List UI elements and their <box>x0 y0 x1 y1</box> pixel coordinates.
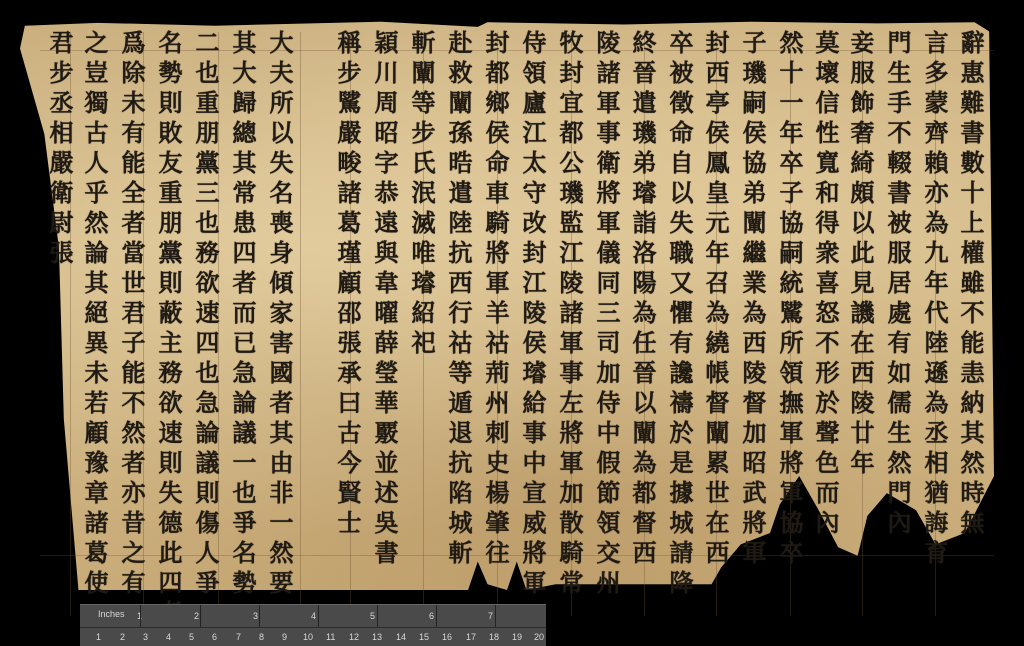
ruler-cm-tick-label: 19 <box>512 632 522 642</box>
text-column: 穎川周昭字恭遠與韋曜薛瑩華覈並述吳書 <box>367 30 401 570</box>
ruler-cm-tick-label: 15 <box>419 632 429 642</box>
text-column: 名勢則敗友重朋黨則蔽主務欲速則失德此四者 <box>151 30 185 630</box>
text-column: 然十一年卒子協嗣統騭所領撫軍將軍協卒 <box>772 30 806 570</box>
text-column: 莫壞信性寬和得衆喜怒不形於聲色而內 <box>808 30 842 540</box>
ruler-inch-tick-label: 4 <box>311 611 316 621</box>
text-column: 之豈獨古人乎然論其絕異未若顧豫章諸葛使 <box>77 30 111 600</box>
ruler-cm-tick-label: 1 <box>96 632 101 642</box>
text-column: 陵諸軍事衛將軍儀同三司加侍中假節領交州 <box>589 30 623 600</box>
text-column: 其大歸總其常患四者而已急論議一也爭名勢 <box>225 30 259 600</box>
text-column: 牧封宜都公璣監江陵諸軍事左將軍加散騎常 <box>552 30 586 600</box>
text-column: 君步丞相嚴衛尉張 <box>42 30 76 270</box>
text-column: 終晉遣璣弟璿詣洛陽為任晉以闡為都督西 <box>625 30 659 570</box>
ruler-inch-tick-label: 5 <box>370 611 375 621</box>
ruler-cm-tick-label: 18 <box>489 632 499 642</box>
ruler-cm-tick-label: 7 <box>236 632 241 642</box>
ruler-inch-tick-label: 3 <box>253 611 258 621</box>
text-column: 子璣嗣侯協弟闡繼業為西陵督加昭武將軍 <box>735 30 769 570</box>
ruler-cm-tick-label: 9 <box>282 632 287 642</box>
ruler-cm-tick-label: 10 <box>303 632 313 642</box>
ruler-cm-tick-label: 3 <box>143 632 148 642</box>
text-column: 爲除未有能全者當世君子能不然者亦昔之有 <box>114 30 148 600</box>
text-column: 侍領廬江太守改封江陵侯璿給事中宣威將軍 <box>515 30 549 600</box>
text-column: 稱步騭嚴畯諸葛瑾顧邵張承曰古今賢士 <box>330 30 364 540</box>
ruler-inch-tick-label: 2 <box>194 611 199 621</box>
ruler-cm-tick-label: 17 <box>466 632 476 642</box>
ruler-cm-tick-label: 16 <box>442 632 452 642</box>
text-column: 辭惠難書數十上權雖不能恚納其然時無 <box>953 30 987 540</box>
ruler-cm-tick-label: 12 <box>349 632 359 642</box>
ruler-inch-tick-label: 7 <box>488 611 493 621</box>
text-column: 二也重朋黨三也務欲速四也急論議則傷人爭 <box>188 30 222 600</box>
column-rule <box>300 32 301 616</box>
text-column: 卒被徵命自以失職又懼有讒禱於是據城請降 <box>662 30 696 600</box>
text-column: 赴救闡孫晧遣陸抗西行祜等遁退抗陷城斬 <box>441 30 475 570</box>
ruler-cm-tick-label: 11 <box>326 632 335 642</box>
text-column: 妾服飾奢綺頗以此見譏在西陵廿年 <box>843 30 877 480</box>
ruler-cm-tick-label: 6 <box>212 632 217 642</box>
ruler-inch-tick-label: 6 <box>429 611 434 621</box>
ruler-inch-label: Inches <box>98 609 125 619</box>
text-column: 封都鄉侯命車騎將軍羊祜荊州刺史楊肇往 <box>478 30 512 570</box>
ruler-cm-row: 1 2 3 4 5 6 7 8 9 10 11 12 13 14 15 16 1… <box>80 627 546 646</box>
ruler-cm-tick-label: 5 <box>189 632 194 642</box>
ruler-cm-tick-label: 2 <box>120 632 125 642</box>
ruler-cm-tick-label: 4 <box>166 632 171 642</box>
text-column: 斬闡等步氏泯滅唯璿紹祀 <box>404 30 438 360</box>
ruler-inch-row: Inches 1 2 3 4 5 6 7 <box>80 605 546 628</box>
ruler-cm-tick-label: 8 <box>259 632 264 642</box>
ruler-cm-tick-label: 20 <box>534 632 544 642</box>
ruler-cm-tick-label: 14 <box>396 632 406 642</box>
text-column: 封西亭侯鳳皇元年召為繞帳督闡累世在西 <box>698 30 732 570</box>
scale-ruler: Inches 1 2 3 4 5 6 7 1 2 3 4 5 6 7 8 9 1… <box>80 604 546 646</box>
ruler-cm-tick-label: 13 <box>372 632 382 642</box>
text-column: 言多蒙齊賴亦為九年代陸遜為丞相猶誨育 <box>917 30 951 570</box>
text-column: 門生手不輟書被服居處有如儒生然門內 <box>880 30 914 540</box>
text-column: 大夫所以失名喪身傾家害國者其由非一然要 <box>262 30 296 600</box>
